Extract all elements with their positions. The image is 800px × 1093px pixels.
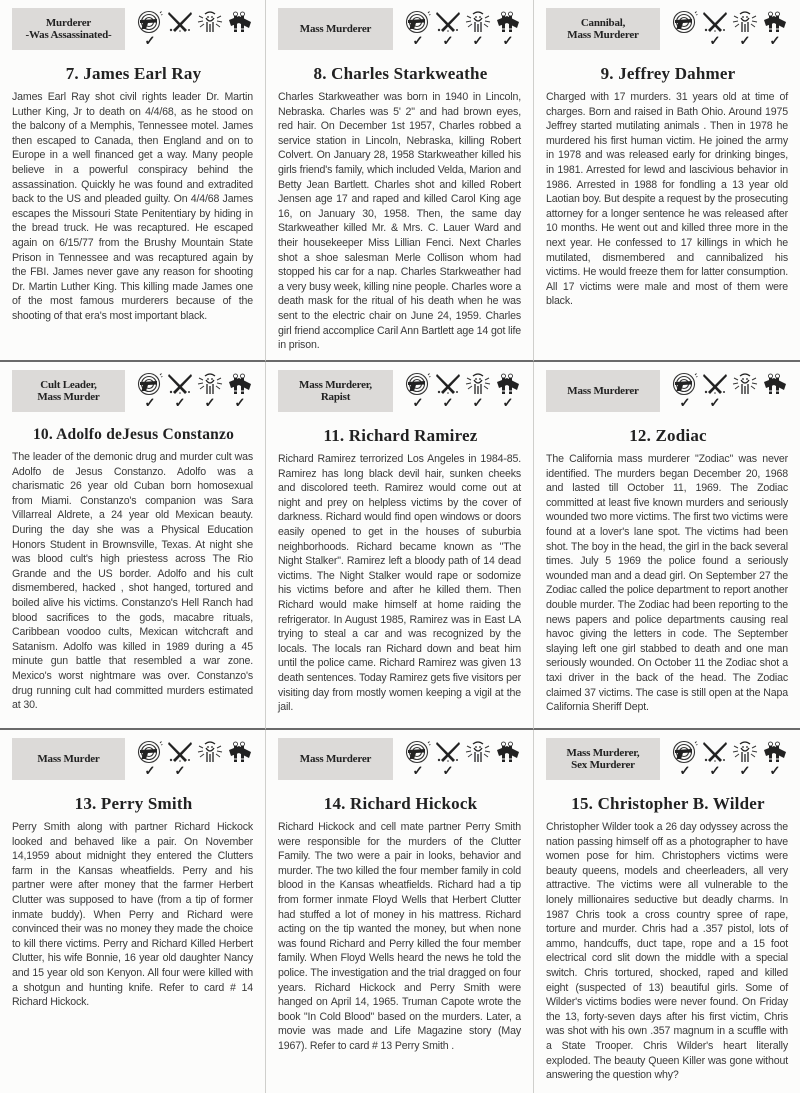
gun-target-icon [672,372,698,396]
category-line: Rapist [321,391,350,403]
check-mark: ✓ [413,34,424,48]
bound-victims-icon [495,10,521,34]
category-label: Cannibal, Mass Murderer [546,8,660,50]
gun-target-icon [405,740,431,764]
card-title: 11. Richard Ramirez [278,426,523,446]
method-icons: ✓ ✓ ✓ ✓ [403,10,523,48]
crossed-knives-icon [435,740,461,764]
category-label: Mass Murderer [278,8,393,50]
card-title: 8. Charles Starkweathe [278,64,523,84]
strangle-figure-icon [197,372,223,396]
category-label: Mass Murderer, Sex Murderer [546,738,660,780]
bound-victims-icon [762,372,788,396]
card-jeffrey-dahmer: Cannibal, Mass Murderer ✓ ✓ ✓ 9. Jeffrey… [534,0,800,362]
check-mark: ✓ [710,764,721,778]
card-body: James Earl Ray shot civil rights leader … [12,90,255,324]
category-line: Mass Murderer [567,29,638,41]
gun-target-icon [405,372,431,396]
method-icons: ✓ ✓ ✓ ✓ [670,740,790,778]
category-line: -Was Assassinated- [26,29,112,41]
bound-victims-icon [227,10,253,34]
method-icons: ✓ [135,10,255,48]
card-body: Richard Ramirez terrorized Los Angeles i… [278,452,523,715]
card-body: Charged with 17 murders. 31 years old at… [546,90,790,309]
check-mark: ✓ [770,764,781,778]
card-body: The leader of the demonic drug and murde… [12,450,255,713]
gun-target-icon [137,372,163,396]
method-icons: ✓ ✓ ✓ ✓ [403,372,523,410]
check-mark: ✓ [235,396,246,410]
method-icons: ✓ ✓ [670,372,790,410]
category-label: Cult Leader, Mass Murder [12,370,125,412]
check-mark: ✓ [413,396,424,410]
card-title: 7. James Earl Ray [12,64,255,84]
strangle-figure-icon [465,372,491,396]
check-mark: ✓ [680,396,691,410]
check-mark: ✓ [680,764,691,778]
check-mark: ✓ [740,764,751,778]
bound-victims-icon [227,372,253,396]
check-mark: ✓ [175,764,186,778]
category-label: Mass Murder [12,738,125,780]
check-mark: ✓ [473,34,484,48]
card-body: Richard Hickock and cell mate partner Pe… [278,820,523,1054]
card-richard-ramirez: Mass Murderer, Rapist ✓ ✓ ✓ ✓ 11. Richar… [266,362,534,730]
crossed-knives-icon [167,10,193,34]
bound-victims-icon [495,740,521,764]
trading-card-sheet: Murderer -Was Assassinated- ✓ 7. James E… [0,0,800,1093]
crossed-knives-icon [167,740,193,764]
card-title: 9. Jeffrey Dahmer [546,64,790,84]
card-adolfo-constanzo: Cult Leader, Mass Murder ✓ ✓ ✓ ✓ 10. Ado… [0,362,266,730]
check-mark: ✓ [145,764,156,778]
bound-victims-icon [227,740,253,764]
category-line: Cult Leader, [40,379,96,391]
category-label: Mass Murderer, Rapist [278,370,393,412]
strangle-figure-icon [465,10,491,34]
category-label: Mass Murderer [546,370,660,412]
category-line: Sex Murderer [571,759,635,771]
check-mark: ✓ [145,34,156,48]
gun-target-icon [672,740,698,764]
card-james-earl-ray: Murderer -Was Assassinated- ✓ 7. James E… [0,0,266,362]
crossed-knives-icon [702,740,728,764]
strangle-figure-icon [465,740,491,764]
check-mark: ✓ [205,396,216,410]
card-title: 14. Richard Hickock [278,794,523,814]
check-mark: ✓ [740,34,751,48]
card-richard-hickock: Mass Murderer ✓ ✓ 14. Richard Hickock Ri… [266,730,534,1093]
card-body: Charles Starkweather was born in 1940 in… [278,90,523,353]
method-icons: ✓ ✓ [135,740,255,778]
category-label: Murderer -Was Assassinated- [12,8,125,50]
category-line: Murderer [46,17,91,29]
crossed-knives-icon [702,10,728,34]
gun-target-icon [672,10,698,34]
check-mark: ✓ [710,396,721,410]
card-body: Christopher Wilder took a 26 day odyssey… [546,820,790,1083]
method-icons: ✓ ✓ ✓ ✓ [135,372,255,410]
category-label: Mass Murderer [278,738,393,780]
crossed-knives-icon [702,372,728,396]
bound-victims-icon [762,740,788,764]
check-mark: ✓ [443,764,454,778]
method-icons: ✓ ✓ [403,740,523,778]
card-title: 15. Christopher B. Wilder [546,794,790,814]
card-charles-starkweather: Mass Murderer ✓ ✓ ✓ ✓ 8. Charles Starkwe… [266,0,534,362]
crossed-knives-icon [435,372,461,396]
crossed-knives-icon [167,372,193,396]
crossed-knives-icon [435,10,461,34]
category-line: Mass Murderer [567,385,638,397]
method-icons: ✓ ✓ ✓ [670,10,790,48]
card-title: 13. Perry Smith [12,794,255,814]
card-perry-smith: Mass Murder ✓ ✓ 13. Perry Smith Perry Sm… [0,730,266,1093]
bound-victims-icon [762,10,788,34]
card-body: Perry Smith along with partner Richard H… [12,820,255,1010]
category-line: Mass Murderer [300,23,371,35]
strangle-figure-icon [197,10,223,34]
card-title: 12. Zodiac [546,426,790,446]
strangle-figure-icon [732,740,758,764]
check-mark: ✓ [413,764,424,778]
check-mark: ✓ [503,396,514,410]
category-line: Mass Murderer [300,753,371,765]
category-line: Mass Murderer, [567,747,640,759]
card-christopher-wilder: Mass Murderer, Sex Murderer ✓ ✓ ✓ ✓ 15. … [534,730,800,1093]
check-mark: ✓ [175,396,186,410]
check-mark: ✓ [443,396,454,410]
check-mark: ✓ [770,34,781,48]
strangle-figure-icon [197,740,223,764]
category-line: Cannibal, [581,17,625,29]
check-mark: ✓ [710,34,721,48]
category-line: Mass Murder [37,753,99,765]
check-mark: ✓ [443,34,454,48]
card-zodiac: Mass Murderer ✓ ✓ 12. Zodiac The Califor… [534,362,800,730]
gun-target-icon [137,740,163,764]
card-title: 10. Adolfo deJesus Constanzo [12,426,255,444]
gun-target-icon [405,10,431,34]
bound-victims-icon [495,372,521,396]
category-line: Mass Murderer, [299,379,372,391]
check-mark: ✓ [503,34,514,48]
check-mark: ✓ [473,396,484,410]
category-line: Mass Murder [37,391,99,403]
check-mark: ✓ [145,396,156,410]
card-body: The California mass murderer "Zodiac" wa… [546,452,790,715]
strangle-figure-icon [732,10,758,34]
gun-target-icon [137,10,163,34]
strangle-figure-icon [732,372,758,396]
